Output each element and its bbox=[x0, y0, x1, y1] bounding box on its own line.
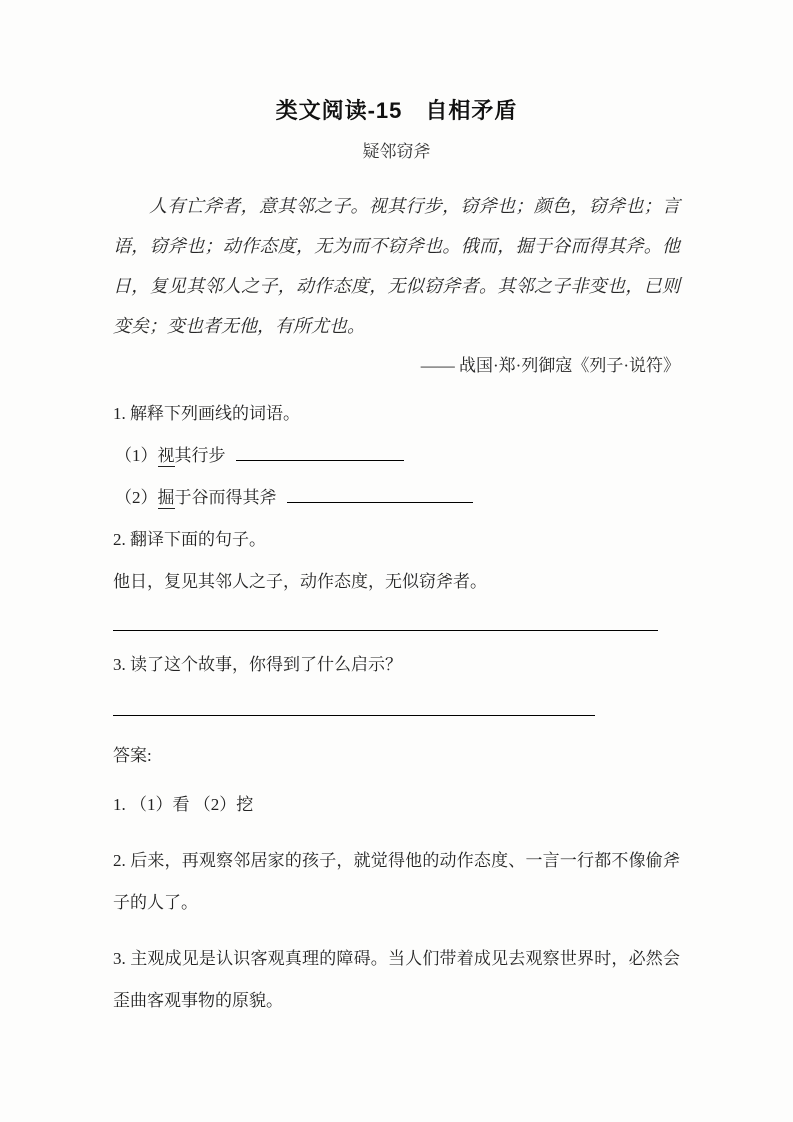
question-2-answer-line bbox=[113, 630, 658, 631]
item-2-underlined-word: 掘 bbox=[158, 488, 175, 509]
question-1-item-1: （1）视其行步 bbox=[113, 442, 680, 470]
page-title: 类文阅读-15 自相矛盾 bbox=[113, 96, 680, 126]
answer-2: 2. 后来，再观察邻居家的孩子，就觉得他的动作态度、一言一行都不像偷斧子的人了。 bbox=[113, 840, 680, 924]
item-2-text: 于谷而得其斧 bbox=[175, 488, 277, 507]
item-1-text: 其行步 bbox=[175, 446, 226, 465]
answers-label: 答案: bbox=[113, 742, 680, 770]
item-1-prefix: （1） bbox=[115, 446, 158, 465]
question-3-answer-line bbox=[113, 715, 595, 716]
question-2-sentence: 他日，复见其邻人之子，动作态度，无似窃斧者。 bbox=[113, 568, 680, 596]
item-1-underlined-word: 视 bbox=[158, 446, 175, 467]
item-2-prefix: （2） bbox=[115, 488, 158, 507]
document-page: 类文阅读-15 自相矛盾 疑邻窃斧 人有亡斧者，意其邻之子。视其行步，窃斧也；颜… bbox=[0, 0, 793, 1122]
passage-title: 疑邻窃斧 bbox=[113, 140, 680, 164]
answer-3: 3. 主观成见是认识客观真理的障碍。当人们带着成见去观察世界时，必然会歪曲客观事… bbox=[113, 938, 680, 1022]
passage-text: 人有亡斧者，意其邻之子。视其行步，窃斧也；颜色，窃斧也；言语，窃斧也；动作态度，… bbox=[113, 186, 680, 346]
question-3-label: 3. 读了这个故事，你得到了什么启示？ bbox=[113, 651, 680, 679]
passage-attribution: —— 战国·郑·列御寇《列子·说符》 bbox=[113, 346, 680, 386]
question-1-item-2: （2）掘于谷而得其斧 bbox=[113, 484, 680, 512]
item-2-answer-blank bbox=[287, 486, 473, 503]
question-2-label: 2. 翻译下面的句子。 bbox=[113, 526, 680, 554]
answer-1: 1. （1）看 （2）挖 bbox=[113, 784, 680, 826]
item-1-answer-blank bbox=[236, 444, 404, 461]
question-1-label: 1. 解释下列画线的词语。 bbox=[113, 400, 680, 428]
